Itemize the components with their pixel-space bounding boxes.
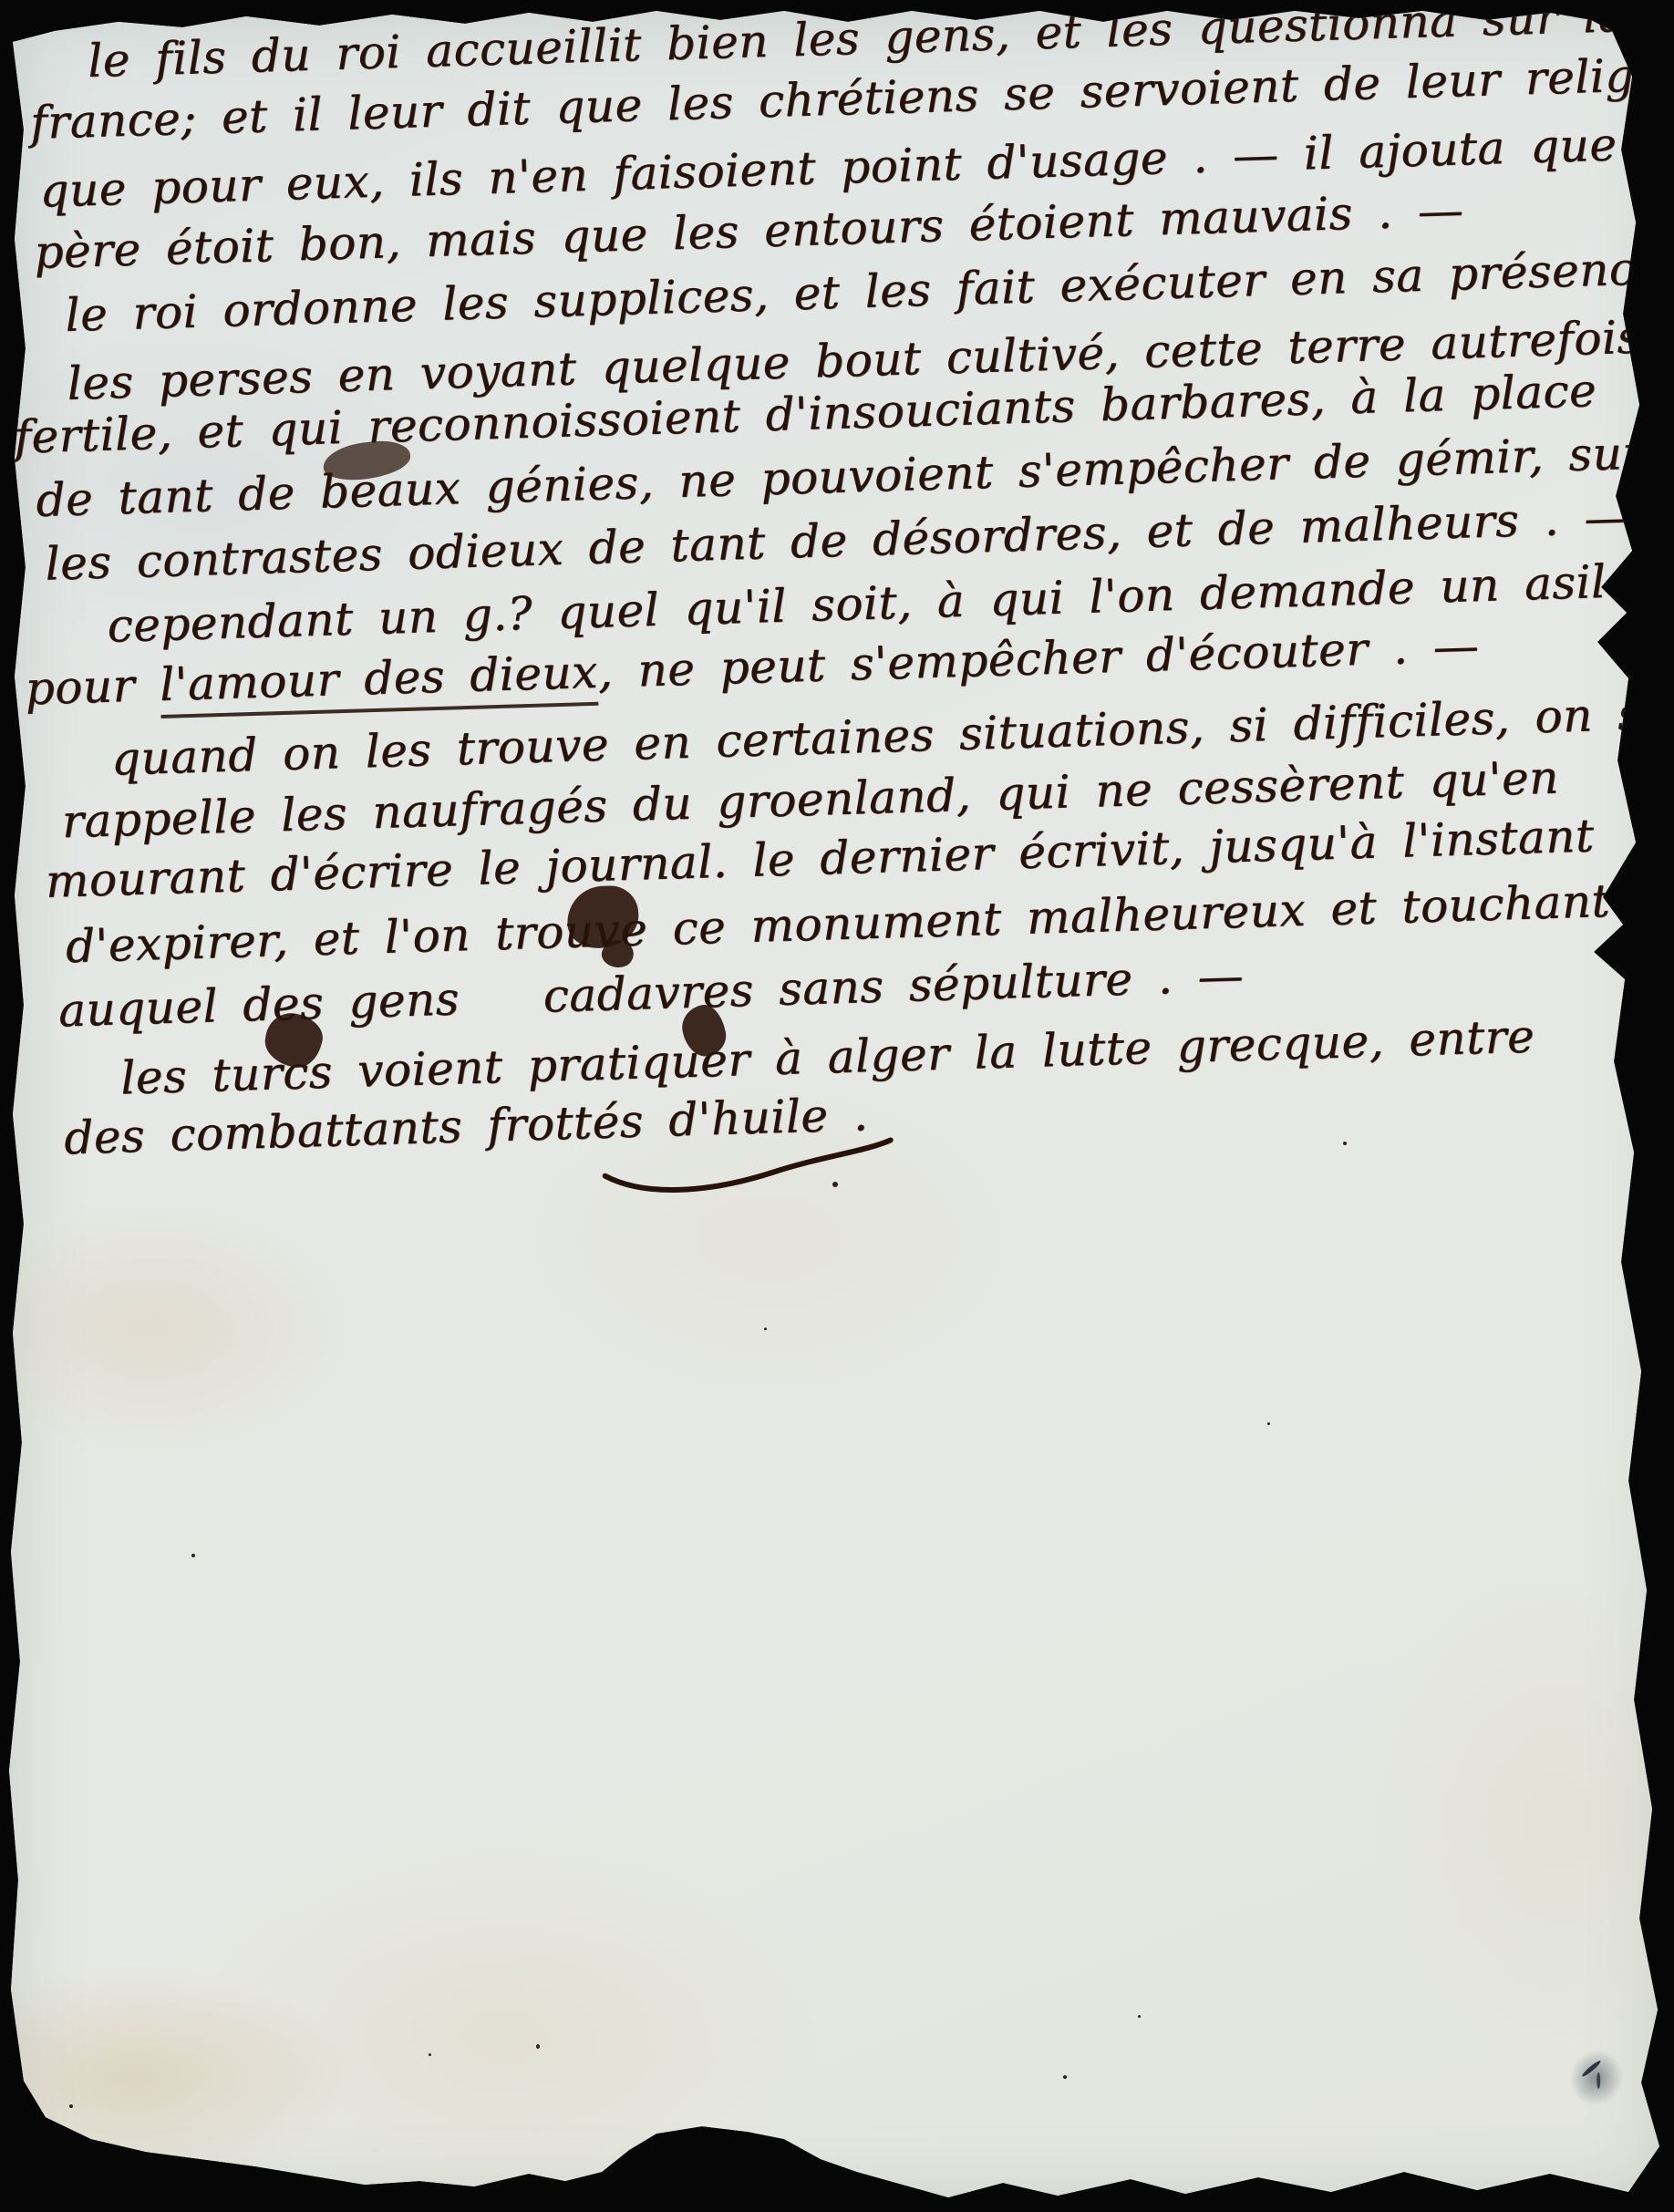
ink-speck [832,1182,838,1187]
blotted-word-gap [460,1012,543,1015]
ink-speck [191,1554,195,1557]
line-16-post: cadavres sans sépulture . — [542,949,1245,1023]
graphite-smudge [1563,2043,1630,2114]
ink-speck [69,2104,73,2108]
handwritten-text: le fils du roi accueillit bien les gens,… [27,0,1674,1246]
closing-flourish [596,1129,899,1202]
ink-speck [1343,1142,1347,1145]
manuscript-page: le fils du roi accueillit bien les gens,… [0,0,1674,2212]
line-16-pre: auquel des gens [57,972,460,1037]
ink-speck [1063,2075,1067,2079]
underlined-phrase: l'amour des dieux [159,646,598,718]
ink-speck [764,1328,767,1330]
ink-speck [429,2053,431,2056]
ink-speck [1138,2015,1141,2018]
ink-speck [536,2044,540,2049]
ink-speck [1267,1422,1270,1425]
photo-background: le fils du roi accueillit bien les gens,… [0,0,1674,2212]
line-11-pre: pour [25,658,160,715]
